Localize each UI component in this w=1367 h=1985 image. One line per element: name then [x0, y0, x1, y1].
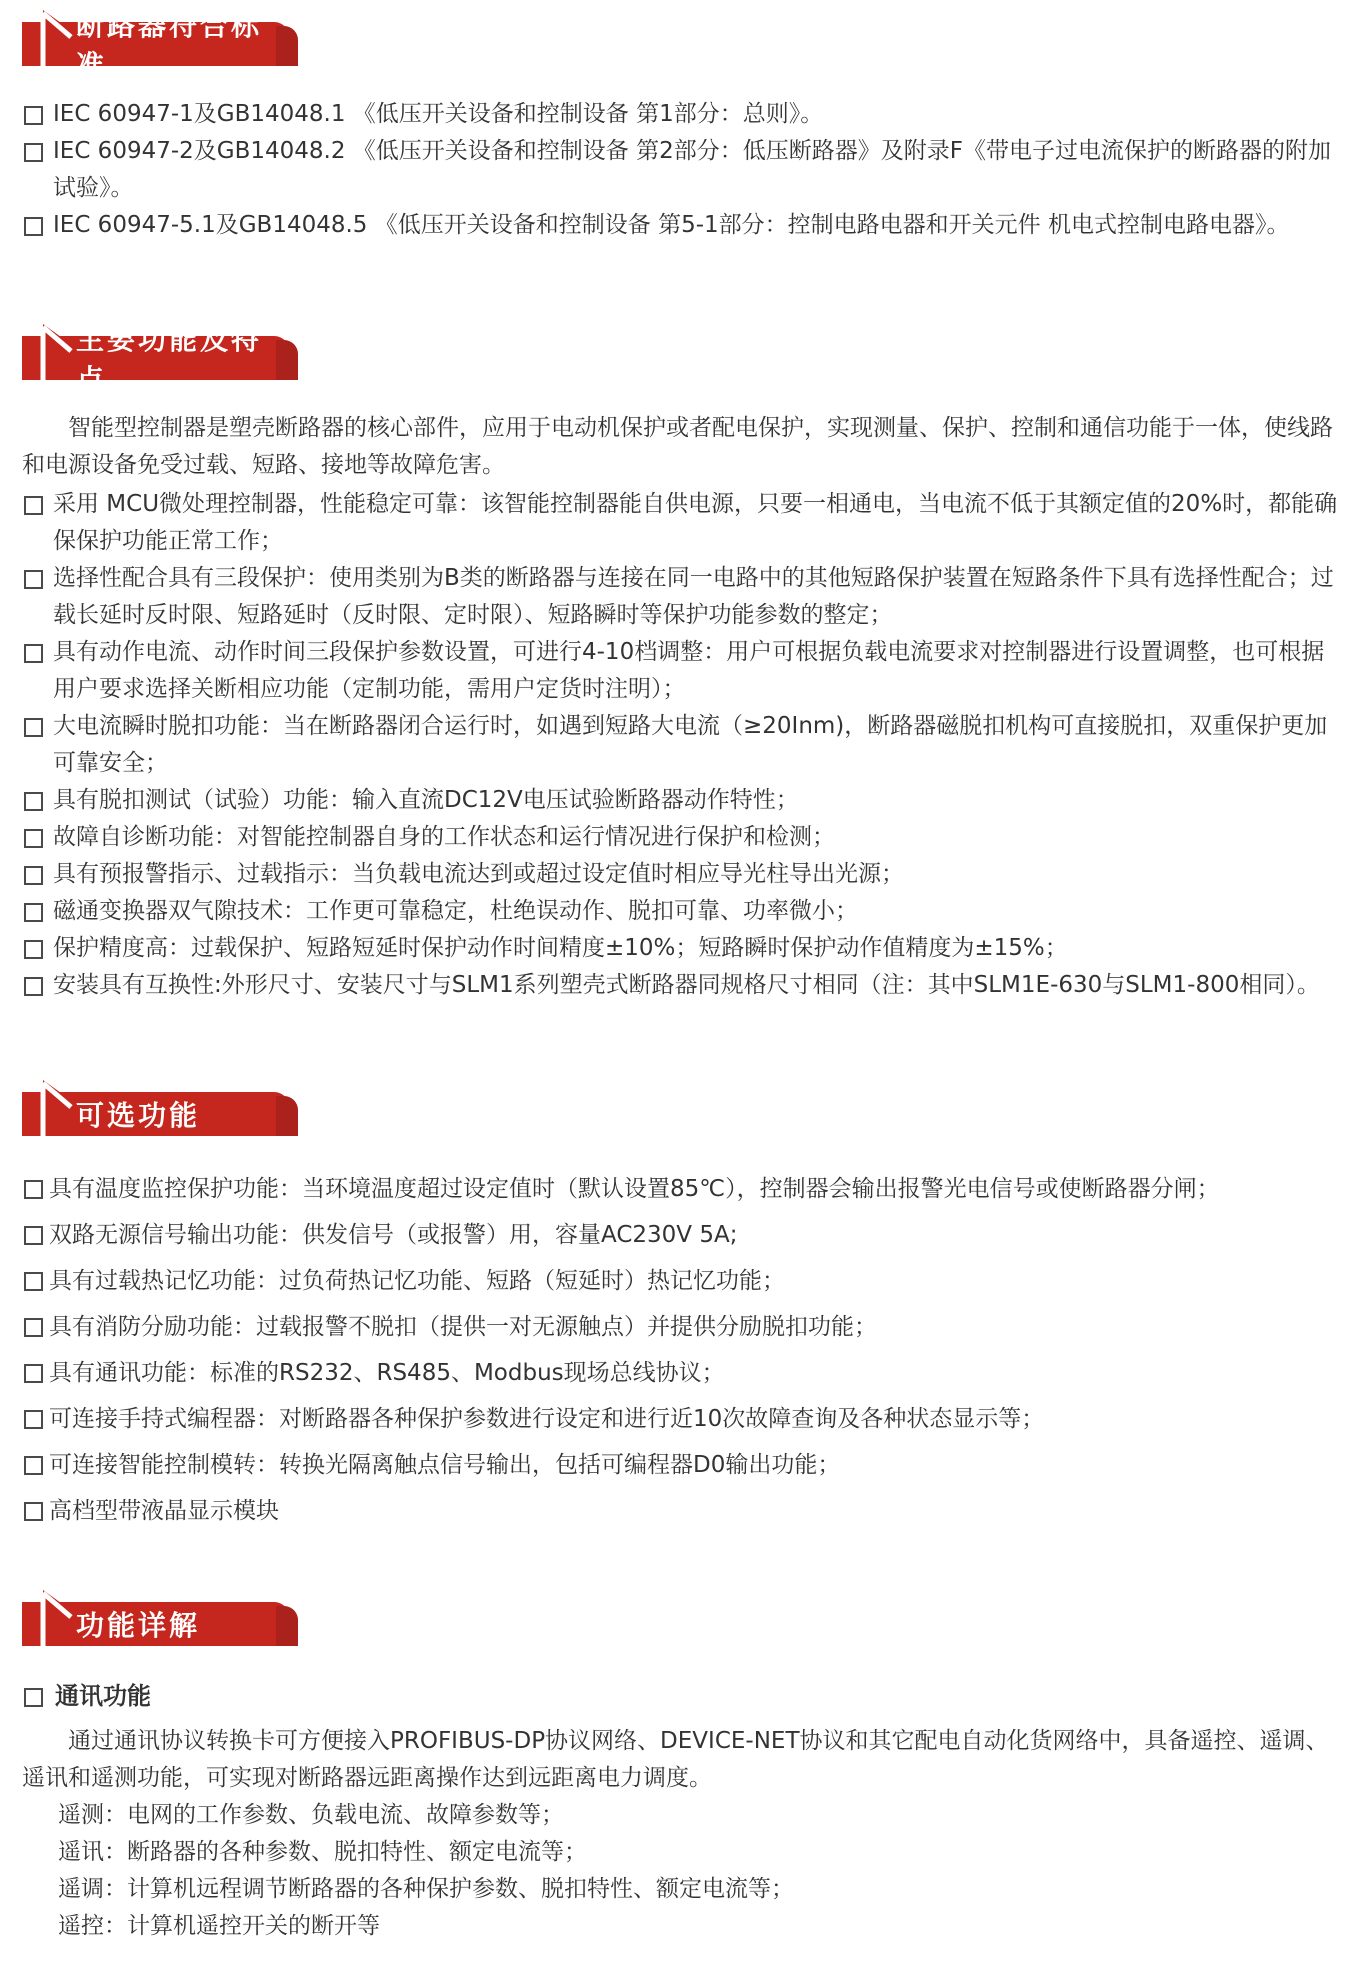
- list-item: 具有消防分励功能：过载报警不脱扣（提供一对无源触点）并提供分励脱扣功能；: [22, 1308, 1345, 1346]
- section-title: 可选功能: [76, 1094, 200, 1134]
- list-item: 保护精度高：过载保护、短路短延时保护动作时间精度±10%；短路瞬时保护动作值精度…: [22, 930, 1345, 967]
- checkbox-icon: [24, 1456, 43, 1475]
- checkbox-icon: [24, 829, 43, 848]
- section-title: 功能详解: [76, 1604, 200, 1644]
- list-item-text: 磁通变换器双气隙技术：工作更可靠稳定，杜绝误动作、脱扣可靠、功率微小；: [53, 893, 1345, 930]
- checkbox-icon: [24, 570, 43, 589]
- list-item-text: 可连接手持式编程器：对断路器各种保护参数进行设定和进行近10次故障查询及各种状态…: [49, 1400, 1345, 1438]
- list-item-text: 具有温度监控保护功能：当环境温度超过设定值时（默认设置85℃），控制器会输出报警…: [49, 1170, 1345, 1208]
- checkbox-icon: [24, 143, 43, 162]
- flag-arrow-icon: [30, 1080, 76, 1148]
- checkbox-icon: [24, 977, 43, 996]
- list-item: 磁通变换器双气隙技术：工作更可靠稳定，杜绝误动作、脱扣可靠、功率微小；: [22, 893, 1345, 930]
- checkbox-icon: [24, 903, 43, 922]
- list-item: 具有通讯功能：标准的RS232、RS485、Modbus现场总线协议；: [22, 1354, 1345, 1392]
- section-header-optional-functions: 可选功能: [22, 1092, 290, 1136]
- checkbox-icon: [24, 1226, 43, 1245]
- list-item-text: 故障自诊断功能：对智能控制器自身的工作状态和运行情况进行保护和检测；: [53, 819, 1345, 856]
- checkbox-icon: [24, 1180, 43, 1199]
- checkbox-icon: [24, 1410, 43, 1429]
- checkbox-icon: [24, 866, 43, 885]
- list-item-text: 安装具有互换性:外形尺寸、安装尺寸与SLM1系列塑壳式断路器同规格尺寸相同（注：…: [53, 967, 1345, 1004]
- standards-list: IEC 60947-1及GB14048.1 《低压开关设备和控制设备 第1部分：…: [22, 96, 1345, 244]
- list-item-text: 双路无源信号输出功能：供发信号（或报警）用，容量AC230V 5A;: [49, 1216, 1345, 1254]
- subheading-text: 通讯功能: [55, 1678, 151, 1715]
- list-item: 具有温度监控保护功能：当环境温度超过设定值时（默认设置85℃），控制器会输出报警…: [22, 1170, 1345, 1208]
- communication-subheading: 通讯功能: [22, 1678, 1345, 1715]
- list-item: 可连接手持式编程器：对断路器各种保护参数进行设定和进行近10次故障查询及各种状态…: [22, 1400, 1345, 1438]
- checkbox-icon: [24, 1502, 43, 1521]
- list-item: IEC 60947-5.1及GB14048.5 《低压开关设备和控制设备 第5-…: [22, 207, 1345, 244]
- checkbox-icon: [24, 1272, 43, 1291]
- function-details-block: 通讯功能 通过通讯协议转换卡可方便接入PROFIBUS-DP协议网络、DEVIC…: [22, 1678, 1345, 1945]
- checkbox-icon: [24, 940, 43, 959]
- list-item: IEC 60947-2及GB14048.2 《低压开关设备和控制设备 第2部分：…: [22, 133, 1345, 207]
- list-item: 采用 MCU微处理控制器，性能稳定可靠：该智能控制器能自供电源，只要一相通电，当…: [22, 486, 1345, 560]
- list-item: 安装具有互换性:外形尺寸、安装尺寸与SLM1系列塑壳式断路器同规格尺寸相同（注：…: [22, 967, 1345, 1004]
- section-title: 断路器符合标准: [76, 4, 290, 84]
- list-item-text: IEC 60947-2及GB14048.2 《低压开关设备和控制设备 第2部分：…: [53, 133, 1345, 207]
- section-title: 主要功能及特点: [76, 318, 290, 398]
- flag-arrow-icon: [30, 10, 76, 78]
- checkbox-icon: [24, 106, 43, 125]
- telesignal-line: 遥讯：断路器的各种参数、脱扣特性、额定电流等；: [22, 1834, 1345, 1871]
- list-item-text: IEC 60947-1及GB14048.1 《低压开关设备和控制设备 第1部分：…: [53, 96, 1345, 133]
- list-item: 双路无源信号输出功能：供发信号（或报警）用，容量AC230V 5A;: [22, 1216, 1345, 1254]
- checkbox-icon: [24, 217, 43, 236]
- list-item: 具有过载热记忆功能：过负荷热记忆功能、短路（短延时）热记忆功能；: [22, 1262, 1345, 1300]
- checkbox-icon: [24, 718, 43, 737]
- list-item: 具有预报警指示、过载指示：当负载电流达到或超过设定值时相应导光柱导出光源；: [22, 856, 1345, 893]
- telecontrol-line: 遥控：计算机遥控开关的断开等: [22, 1908, 1345, 1945]
- telemetry-line: 遥测：电网的工作参数、负载电流、故障参数等；: [22, 1797, 1345, 1834]
- flag-arrow-icon: [30, 324, 76, 392]
- features-list: 采用 MCU微处理控制器，性能稳定可靠：该智能控制器能自供电源，只要一相通电，当…: [22, 486, 1345, 1004]
- list-item: 故障自诊断功能：对智能控制器自身的工作状态和运行情况进行保护和检测；: [22, 819, 1345, 856]
- list-item: 具有脱扣测试（试验）功能：输入直流DC12V电压试验断路器动作特性；: [22, 782, 1345, 819]
- list-item-text: 具有动作电流、动作时间三段保护参数设置，可进行4-10档调整：用户可根据负载电流…: [53, 634, 1345, 708]
- list-item-text: 选择性配合具有三段保护：使用类别为B类的断路器与连接在同一电路中的其他短路保护装…: [53, 560, 1345, 634]
- checkbox-icon: [24, 644, 43, 663]
- list-item-text: 保护精度高：过载保护、短路短延时保护动作时间精度±10%；短路瞬时保护动作值精度…: [53, 930, 1345, 967]
- list-item: IEC 60947-1及GB14048.1 《低压开关设备和控制设备 第1部分：…: [22, 96, 1345, 133]
- list-item-text: 高档型带液晶显示模块: [49, 1492, 1345, 1530]
- list-item: 大电流瞬时脱扣功能：当在断路器闭合运行时，如遇到短路大电流（≥20Inm)，断路…: [22, 708, 1345, 782]
- features-intro-paragraph: 智能型控制器是塑壳断路器的核心部件，应用于电动机保护或者配电保护，实现测量、保护…: [22, 410, 1345, 484]
- list-item-text: 大电流瞬时脱扣功能：当在断路器闭合运行时，如遇到短路大电流（≥20Inm)，断路…: [53, 708, 1345, 782]
- list-item-text: 具有过载热记忆功能：过负荷热记忆功能、短路（短延时）热记忆功能；: [49, 1262, 1345, 1300]
- list-item-text: 具有脱扣测试（试验）功能：输入直流DC12V电压试验断路器动作特性；: [53, 782, 1345, 819]
- list-item: 可连接智能控制模转：转换光隔离触点信号输出，包括可编程器D0输出功能；: [22, 1446, 1345, 1484]
- section-header-standards: 断路器符合标准: [22, 22, 290, 66]
- flag-arrow-icon: [30, 1590, 76, 1658]
- list-item-text: 具有消防分励功能：过载报警不脱扣（提供一对无源触点）并提供分励脱扣功能；: [49, 1308, 1345, 1346]
- communication-intro-paragraph: 通过通讯协议转换卡可方便接入PROFIBUS-DP协议网络、DEVICE-NET…: [22, 1723, 1345, 1797]
- checkbox-icon: [24, 1318, 43, 1337]
- list-item-text: IEC 60947-5.1及GB14048.5 《低压开关设备和控制设备 第5-…: [53, 207, 1345, 244]
- list-item: 高档型带液晶显示模块: [22, 1492, 1345, 1530]
- list-item-text: 具有通讯功能：标准的RS232、RS485、Modbus现场总线协议；: [49, 1354, 1345, 1392]
- checkbox-icon: [24, 1364, 43, 1383]
- list-item-text: 可连接智能控制模转：转换光隔离触点信号输出，包括可编程器D0输出功能；: [49, 1446, 1345, 1484]
- list-item: 选择性配合具有三段保护：使用类别为B类的断路器与连接在同一电路中的其他短路保护装…: [22, 560, 1345, 634]
- checkbox-icon: [24, 792, 43, 811]
- list-item-text: 具有预报警指示、过载指示：当负载电流达到或超过设定值时相应导光柱导出光源；: [53, 856, 1345, 893]
- section-header-function-details: 功能详解: [22, 1602, 290, 1646]
- teleadjust-line: 遥调：计算机远程调节断路器的各种保护参数、脱扣特性、额定电流等；: [22, 1871, 1345, 1908]
- checkbox-icon: [24, 1688, 43, 1707]
- optional-functions-list: 具有温度监控保护功能：当环境温度超过设定值时（默认设置85℃），控制器会输出报警…: [22, 1170, 1345, 1530]
- section-header-features: 主要功能及特点: [22, 336, 290, 380]
- checkbox-icon: [24, 496, 43, 515]
- list-item: 具有动作电流、动作时间三段保护参数设置，可进行4-10档调整：用户可根据负载电流…: [22, 634, 1345, 708]
- list-item-text: 采用 MCU微处理控制器，性能稳定可靠：该智能控制器能自供电源，只要一相通电，当…: [53, 486, 1345, 560]
- document-page: 断路器符合标准 IEC 60947-1及GB14048.1 《低压开关设备和控制…: [0, 0, 1367, 1985]
